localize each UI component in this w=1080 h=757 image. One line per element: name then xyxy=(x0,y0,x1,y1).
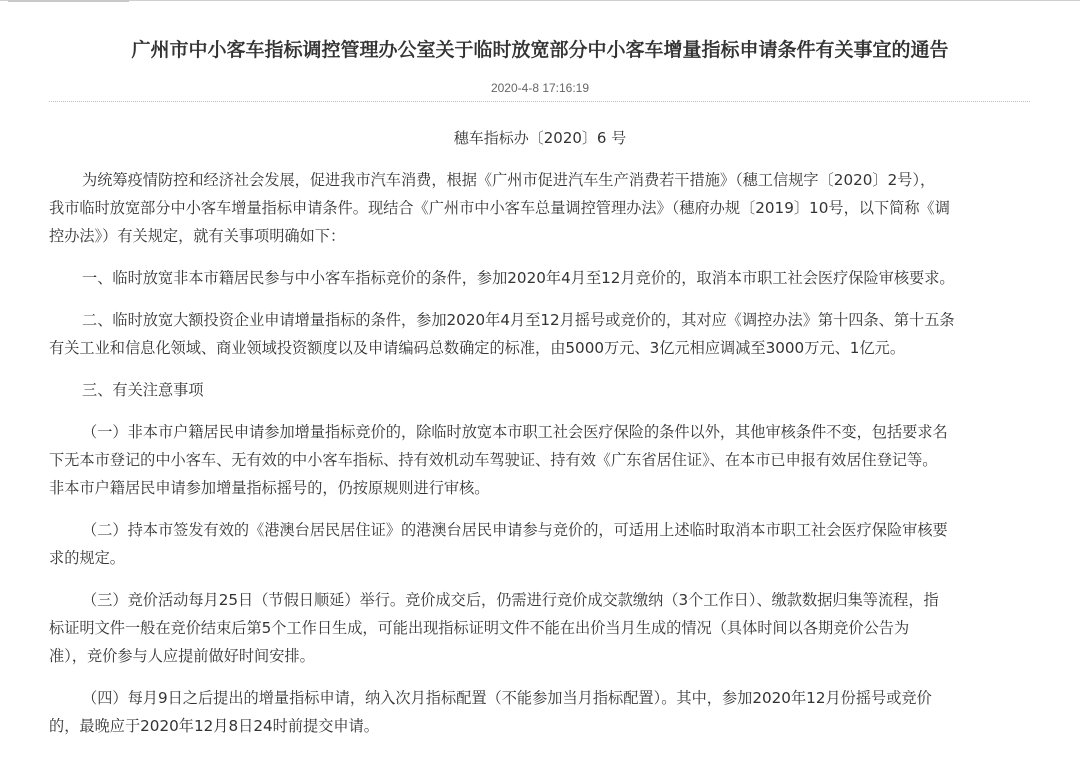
paragraph-line: 二、临时放宽大额投资企业申请增量指标的条件，参加2020年4月至12月摇号或竞价… xyxy=(49,306,1031,334)
paragraph-item-2: 二、临时放宽大额投资企业申请增量指标的条件，参加2020年4月至12月摇号或竞价… xyxy=(49,306,1031,362)
paragraph-subitem-4: （四）每月9日之后提出的增量指标申请，纳入次月指标配置（不能参加当月指标配置）。… xyxy=(49,684,1031,740)
paragraph-line: （二）持本市签发有效的《港澳台居民居住证》的港澳台居民申请参与竞价的，可适用上述… xyxy=(49,516,1031,544)
article-title: 广州市中小客车指标调控管理办公室关于临时放宽部分中小客车增量指标申请条件有关事宜… xyxy=(0,36,1080,64)
paragraph-line: 非本市户籍居民申请参加增量指标摇号的，仍按原规则进行审核。 xyxy=(49,474,1031,502)
paragraph-subitem-3: （三）竞价活动每月25日（节假日顺延）举行。竞价成交后，仍需进行竞价成交款缴纳（… xyxy=(49,586,1031,670)
paragraph-line: （三）竞价活动每月25日（节假日顺延）举行。竞价成交后，仍需进行竞价成交款缴纳（… xyxy=(49,586,1031,614)
paragraph-line: 的，最晚应于2020年12月8日24时前提交申请。 xyxy=(49,712,1031,740)
paragraph-line: 控办法》）有关规定，就有关事项明确如下： xyxy=(49,222,1031,250)
paragraph-item-1: 一、临时放宽非本市籍居民参与中小客车指标竞价的条件，参加2020年4月至12月竞… xyxy=(49,264,1031,292)
paragraph-subitem-2: （二）持本市签发有效的《港澳台居民居住证》的港澳台居民申请参与竞价的，可适用上述… xyxy=(49,516,1031,572)
paragraph-line: 准），竞价参与人应提前做好时间安排。 xyxy=(49,642,1031,670)
paragraph-line: 三、有关注意事项 xyxy=(49,376,1031,404)
publish-date: 2020-4-8 17:16:19 xyxy=(0,79,1080,97)
paragraph-line: 标证明文件一般在竞价结束后第5个工作日生成，可能出现指标证明文件不能在出价当月生… xyxy=(49,614,1031,642)
paragraph-item-3-heading: 三、有关注意事项 xyxy=(49,376,1031,404)
dotted-separator xyxy=(49,101,1030,102)
paragraph-line: 求的规定。 xyxy=(49,544,1031,572)
paragraph-intro: 为统筹疫情防控和经济社会发展，促进我市汽车消费，根据《广州市促进汽车生产消费若干… xyxy=(49,166,1031,250)
paragraph-line: 为统筹疫情防控和经济社会发展，促进我市汽车消费，根据《广州市促进汽车生产消费若干… xyxy=(49,166,1031,194)
document-number: 穗车指标办〔2020〕6 号 xyxy=(49,124,1031,152)
article-body: 穗车指标办〔2020〕6 号 为统筹疫情防控和经济社会发展，促进我市汽车消费，根… xyxy=(49,124,1031,754)
paragraph-line: （一）非本市户籍居民申请参加增量指标竞价的，除临时放宽本市职工社会医疗保险的条件… xyxy=(49,418,1031,446)
paragraph-line: 下无本市登记的中小客车、无有效的中小客车指标、持有效机动车驾驶证、持有效《广东省… xyxy=(49,446,1031,474)
top-border xyxy=(0,0,1080,1)
paragraph-line: 有关工业和信息化领域、商业领域投资额度以及申请编码总数确定的标准，由5000万元… xyxy=(49,334,1031,362)
top-border-accent xyxy=(8,0,129,2)
paragraph-line: （四）每月9日之后提出的增量指标申请，纳入次月指标配置（不能参加当月指标配置）。… xyxy=(49,684,1031,712)
paragraph-line: 我市临时放宽部分中小客车增量指标申请条件。现结合《广州市中小客车总量调控管理办法… xyxy=(49,194,1031,222)
paragraph-subitem-1: （一）非本市户籍居民申请参加增量指标竞价的，除临时放宽本市职工社会医疗保险的条件… xyxy=(49,418,1031,502)
paragraph-line: 一、临时放宽非本市籍居民参与中小客车指标竞价的条件，参加2020年4月至12月竞… xyxy=(49,264,1031,292)
